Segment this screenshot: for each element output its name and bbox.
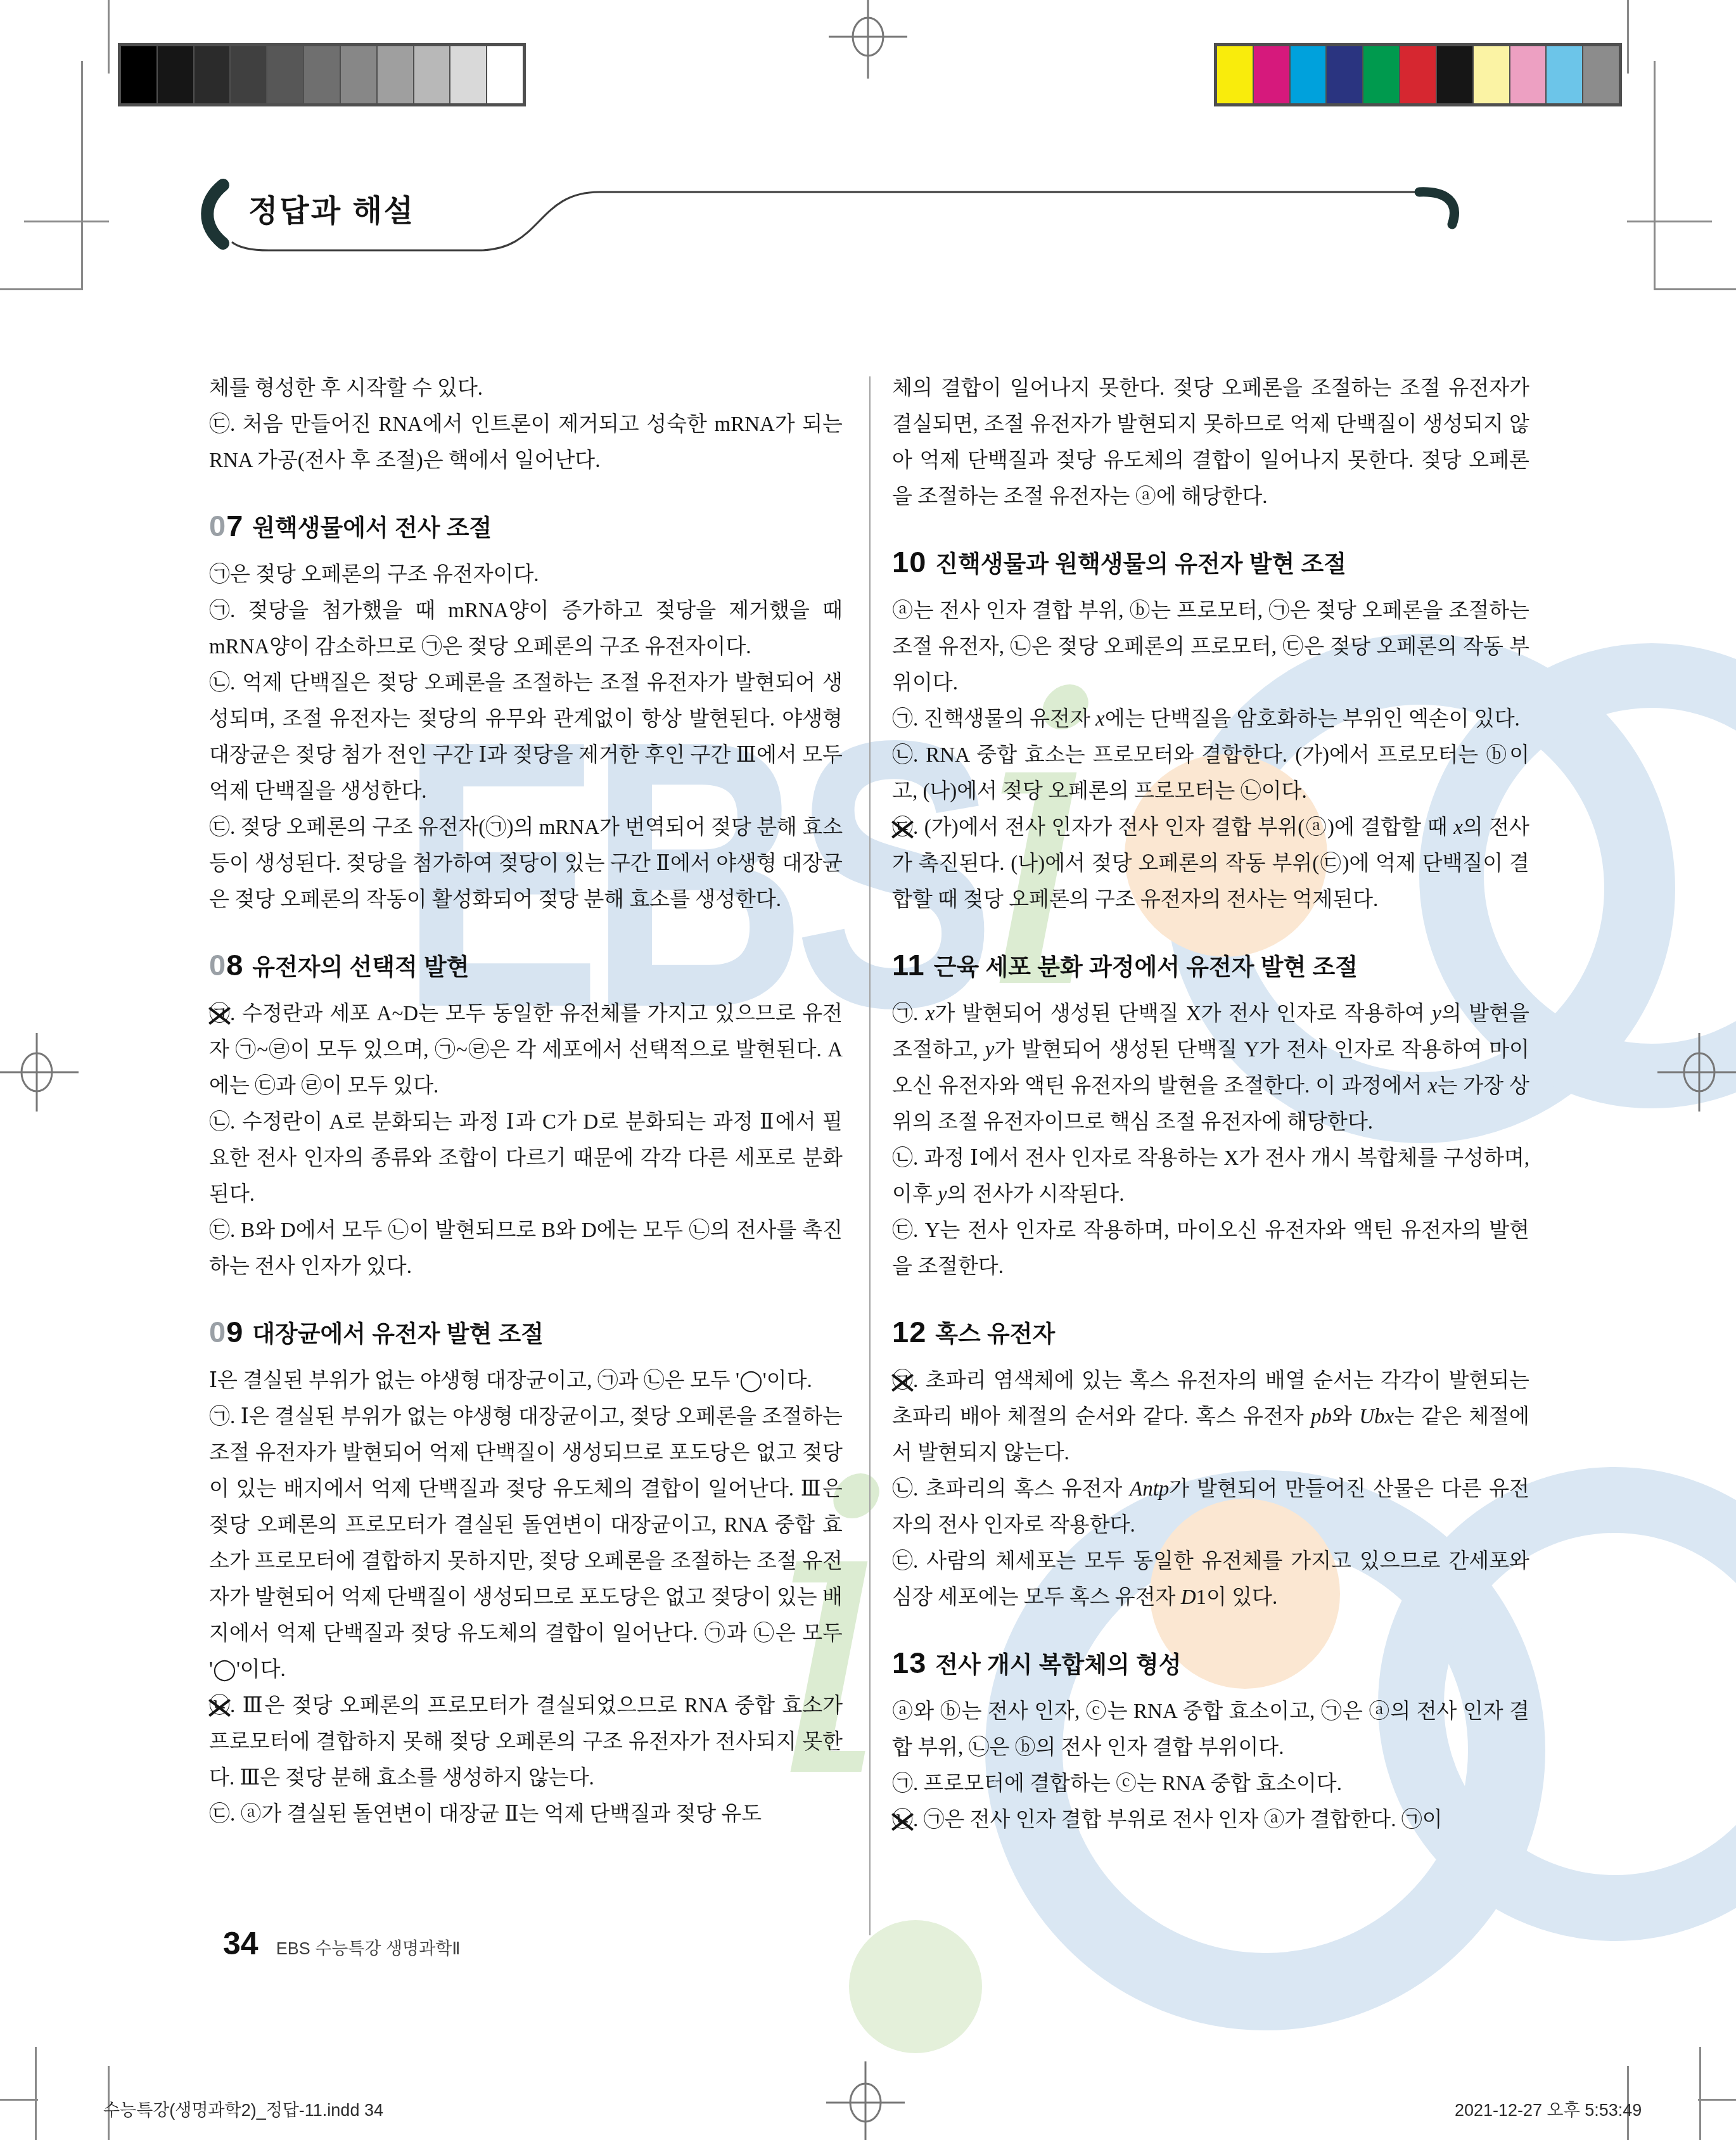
heading-number: 12 bbox=[892, 1315, 926, 1349]
answer-paragraph: ㉢. 사람의 체세포는 모두 동일한 유전체를 가지고 있으므로 간세포와 심장… bbox=[892, 1544, 1529, 1616]
answer-paragraph: ㉢. ⓐ가 결실된 돌연변이 대장균 Ⅱ는 억제 단백질과 젖당 유도 bbox=[209, 1797, 843, 1833]
answer-mark: ㉢ bbox=[892, 1213, 913, 1249]
answer-paragraph: ㉡. 초파리의 혹스 유전자 Antp가 발현되어 만들어진 산물은 다른 유전… bbox=[892, 1471, 1529, 1544]
page-title: 정답과 해설 bbox=[248, 186, 415, 230]
heading-title: 원핵생물에서 전사 조절 bbox=[252, 515, 492, 541]
crop-mark bbox=[1698, 2099, 1736, 2101]
calibration-swatch bbox=[378, 46, 413, 103]
watermark-dot-green bbox=[849, 1920, 982, 2053]
calibration-swatch bbox=[304, 46, 340, 103]
answer-paragraph: 체의 결합이 일어나지 못한다. 젖당 오페론을 조절하는 조절 유전자가 결실… bbox=[892, 371, 1529, 515]
paragraph-text: x가 발현되어 생성된 단백질 X가 전사 인자로 작용하여 y의 발현을 조절… bbox=[892, 1003, 1529, 1134]
answer-mark: ㉠ bbox=[892, 996, 913, 1032]
paragraph-text: 체를 형성한 후 시작할 수 있다. bbox=[209, 377, 483, 400]
paragraph-text: 체의 결합이 일어나지 못한다. 젖당 오페론을 조절하는 조절 유전자가 결실… bbox=[892, 377, 1529, 508]
answer-mark: ㉢ bbox=[209, 810, 230, 846]
answer-paragraph: ⓐ와 ⓑ는 전사 인자, ⓒ는 RNA 중합 효소이고, ㉠은 ⓐ의 전사 인자… bbox=[892, 1694, 1529, 1766]
answer-paragraph: ㉠. 진핵생물의 유전자 x에는 단백질을 암호화하는 부위인 엑손이 있다. bbox=[892, 702, 1529, 738]
answer-paragraph: ㉢. (가)에서 전사 인자가 전사 인자 결합 부위(ⓐ)에 결합할 때 x의… bbox=[892, 810, 1529, 918]
heading-number-prefix: 0 bbox=[209, 509, 226, 542]
answer-mark: ㉠ bbox=[209, 593, 230, 629]
paragraph-text: 초파리 염색체에 있는 혹스 유전자의 배열 순서는 각각이 발현되는 초파리 … bbox=[892, 1369, 1529, 1464]
paragraph-text: ⓐ는 전사 인자 결합 부위, ⓑ는 프로모터, ㉠은 젖당 오페론을 조절하는… bbox=[892, 599, 1529, 695]
paragraph-text: (가)에서 전사 인자가 전사 인자 결합 부위(ⓐ)에 결합할 때 x의 전사… bbox=[892, 816, 1529, 911]
paragraph-text: Ⅰ은 결실된 부위가 없는 야생형 대장균이고, 젖당 오페론을 조절하는 조절… bbox=[209, 1406, 843, 1681]
answer-paragraph: ㉢. 젖당 오페론의 구조 유전자(㉠)의 mRNA가 번역되어 젖당 분해 효… bbox=[209, 810, 843, 918]
column-divider bbox=[869, 376, 871, 1935]
paragraph-text: 수정란이 A로 분화되는 과정 Ⅰ과 C가 D로 분화되는 과정 Ⅱ에서 필요한… bbox=[209, 1111, 843, 1206]
answer-paragraph: ㉠. 프로모터에 결합하는 ⓒ는 RNA 중합 효소이다. bbox=[892, 1766, 1529, 1802]
paragraph-text: B와 D에서 모두 ㉡이 발현되므로 B와 D에는 모두 ㉡의 전사를 촉진하는… bbox=[209, 1219, 843, 1278]
calibration-swatch bbox=[450, 46, 486, 103]
print-footer-datetime: 2021-12-27 오후 5:53:49 bbox=[1455, 2096, 1642, 2121]
paragraph-text: 처음 만들어진 RNA에서 인트론이 제거되고 성숙한 mRNA가 되는 RNA… bbox=[209, 413, 843, 472]
paragraph-text: ㉠은 젖당 오페론의 구조 유전자이다. bbox=[209, 563, 539, 586]
calibration-swatch bbox=[231, 46, 266, 103]
answer-mark: ㉢ bbox=[209, 1797, 230, 1833]
calibration-swatch bbox=[158, 46, 193, 103]
print-footer-file: 수능특강(생명과학2)_정답-11.indd 34 bbox=[103, 2096, 383, 2121]
heading-title: 유전자의 선택적 발현 bbox=[252, 954, 469, 980]
paragraph-text: 진핵생물의 유전자 x에는 단백질을 암호화하는 부위인 엑손이 있다. bbox=[924, 708, 1520, 731]
heading-number: 11 bbox=[892, 948, 925, 982]
heading-title: 진핵생물과 원핵생물의 유전자 발현 조절 bbox=[935, 551, 1346, 577]
color-calibration-bar bbox=[1214, 43, 1622, 106]
paragraph-text: 사람의 체세포는 모두 동일한 유전체를 가지고 있으므로 간세포와 심장 세포… bbox=[892, 1550, 1529, 1609]
registration-mark bbox=[829, 0, 907, 79]
answer-paragraph: ㉢. Y는 전사 인자로 작용하며, 마이오신 유전자와 액틴 유전자의 발현을… bbox=[892, 1213, 1529, 1285]
paragraph-text: Y는 전사 인자로 작용하며, 마이오신 유전자와 액틴 유전자의 발현을 조절… bbox=[892, 1219, 1529, 1278]
calibration-swatch bbox=[267, 46, 303, 103]
answer-mark: ㉡ bbox=[209, 1105, 230, 1141]
heading-number-prefix: 0 bbox=[209, 1315, 226, 1349]
calibration-swatch bbox=[414, 46, 450, 103]
calibration-swatch bbox=[1327, 46, 1362, 103]
calibration-swatch bbox=[1217, 46, 1253, 103]
section-heading: 07원핵생물에서 전사 조절 bbox=[209, 508, 843, 547]
wrong-answer-mark: ㉡ bbox=[892, 1802, 913, 1838]
paragraph-text: RNA 중합 효소는 프로모터와 결합한다. (가)에서 프로모터는 ⓑ이고, … bbox=[892, 744, 1529, 803]
answer-mark: ㉢ bbox=[892, 1544, 913, 1580]
wrong-answer-mark: ㉢ bbox=[892, 810, 913, 846]
paragraph-text: Ⅰ은 결실된 부위가 없는 야생형 대장균이고, ㉠과 ㉡은 모두 '◯'이다. bbox=[209, 1369, 812, 1392]
registration-mark bbox=[1657, 1033, 1736, 1112]
calibration-swatch bbox=[1474, 46, 1509, 103]
calibration-swatch bbox=[487, 46, 523, 103]
registration-mark bbox=[0, 1033, 79, 1112]
paragraph-text: 억제 단백질은 젖당 오페론을 조절하는 조절 유전자가 발현되어 생성되며, … bbox=[209, 672, 843, 803]
answer-paragraph: ㉡. 억제 단백질은 젖당 오페론을 조절하는 조절 유전자가 발현되어 생성되… bbox=[209, 665, 843, 810]
heading-number: 9 bbox=[226, 1315, 243, 1349]
answer-paragraph: 체를 형성한 후 시작할 수 있다. bbox=[209, 371, 843, 407]
book-title: EBS 수능특강 생명과학Ⅱ bbox=[276, 1939, 461, 1958]
answer-mark: ㉢ bbox=[209, 407, 230, 443]
calibration-swatch bbox=[1510, 46, 1546, 103]
right-column: 체의 결합이 일어나지 못한다. 젖당 오페론을 조절하는 조절 유전자가 결실… bbox=[892, 371, 1529, 1838]
wrong-answer-mark: ㉡ bbox=[209, 1688, 230, 1724]
wrong-answer-mark: ㉠ bbox=[892, 1363, 913, 1399]
answer-paragraph: ㉡. Ⅲ은 젖당 오페론의 프로모터가 결실되었으므로 RNA 중합 효소가 프… bbox=[209, 1688, 843, 1797]
heading-number: 13 bbox=[892, 1646, 926, 1679]
heading-title: 혹스 유전자 bbox=[935, 1321, 1055, 1347]
crop-mark bbox=[1655, 288, 1736, 290]
registration-mark bbox=[826, 2061, 905, 2140]
paragraph-text: 프로모터에 결합하는 ⓒ는 RNA 중합 효소이다. bbox=[924, 1772, 1342, 1795]
answer-mark: ㉡ bbox=[892, 1141, 913, 1177]
left-column: 체를 형성한 후 시작할 수 있다.㉢. 처음 만들어진 RNA에서 인트론이 … bbox=[209, 371, 843, 1833]
answer-paragraph: ㉠. 젖당을 첨가했을 때 mRNA양이 증가하고 젖당을 제거했을 때 mRN… bbox=[209, 593, 843, 665]
heading-number: 8 bbox=[226, 948, 243, 982]
paragraph-text: ⓐ와 ⓑ는 전사 인자, ⓒ는 RNA 중합 효소이고, ㉠은 ⓐ의 전사 인자… bbox=[892, 1700, 1529, 1759]
section-heading: 08유전자의 선택적 발현 bbox=[209, 947, 843, 986]
calibration-swatch bbox=[341, 46, 376, 103]
page-number: 34 bbox=[223, 1926, 258, 1961]
answer-paragraph: ㉡. RNA 중합 효소는 프로모터와 결합한다. (가)에서 프로모터는 ⓑ이… bbox=[892, 738, 1529, 810]
wrong-answer-mark: ㉠ bbox=[209, 996, 230, 1032]
answer-paragraph: ㉡. 과정 Ⅰ에서 전사 인자로 작용하는 X가 전사 개시 복합체를 구성하며… bbox=[892, 1141, 1529, 1213]
page-footer: 34EBS 수능특강 생명과학Ⅱ bbox=[223, 1925, 461, 1962]
answer-mark: ㉡ bbox=[209, 665, 230, 702]
answer-paragraph: ㉠. x가 발현되어 생성된 단백질 X가 전사 인자로 작용하여 y의 발현을… bbox=[892, 996, 1529, 1141]
answer-mark: ㉢ bbox=[209, 1213, 230, 1249]
section-heading: 11근육 세포 분화 과정에서 유전자 발현 조절 bbox=[892, 947, 1529, 986]
answer-paragraph: ㉡. ㉠은 전사 인자 결합 부위로 전사 인자 ⓐ가 결합한다. ㉠이 bbox=[892, 1802, 1529, 1838]
answer-paragraph: ㉠. 수정란과 세포 A~D는 모두 동일한 유전체를 가지고 있으므로 유전자… bbox=[209, 996, 843, 1105]
calibration-swatch bbox=[121, 46, 156, 103]
calibration-swatch bbox=[1583, 46, 1619, 103]
answer-paragraph: ㉡. 수정란이 A로 분화되는 과정 Ⅰ과 C가 D로 분화되는 과정 Ⅱ에서 … bbox=[209, 1105, 843, 1213]
calibration-swatch bbox=[1363, 46, 1399, 103]
crop-mark bbox=[0, 288, 82, 290]
answer-paragraph: ㉢. B와 D에서 모두 ㉡이 발현되므로 B와 D에는 모두 ㉡의 전사를 촉… bbox=[209, 1213, 843, 1285]
calibration-swatch bbox=[1437, 46, 1472, 103]
heading-number: 7 bbox=[226, 509, 243, 542]
answer-paragraph: ㉠. Ⅰ은 결실된 부위가 없는 야생형 대장균이고, 젖당 오페론을 조절하는… bbox=[209, 1399, 843, 1688]
section-heading: 10진핵생물과 원핵생물의 유전자 발현 조절 bbox=[892, 544, 1529, 583]
answer-mark: ㉡ bbox=[892, 1471, 913, 1508]
answer-mark: ㉠ bbox=[209, 1399, 230, 1435]
calibration-swatch bbox=[1291, 46, 1326, 103]
answer-paragraph: ⓐ는 전사 인자 결합 부위, ⓑ는 프로모터, ㉠은 젖당 오페론을 조절하는… bbox=[892, 593, 1529, 702]
paragraph-text: 초파리의 혹스 유전자 Antp가 발현되어 만들어진 산물은 다른 유전자의 … bbox=[892, 1478, 1529, 1537]
answer-paragraph: ㉠. 초파리 염색체에 있는 혹스 유전자의 배열 순서는 각각이 발현되는 초… bbox=[892, 1363, 1529, 1471]
section-heading: 12혹스 유전자 bbox=[892, 1314, 1529, 1353]
section-heading: 09대장균에서 유전자 발현 조절 bbox=[209, 1314, 843, 1353]
section-heading: 13전사 개시 복합체의 형성 bbox=[892, 1645, 1529, 1684]
crop-mark bbox=[1699, 2047, 1701, 2140]
paragraph-text: ⓐ가 결실된 돌연변이 대장균 Ⅱ는 억제 단백질과 젖당 유도 bbox=[241, 1803, 762, 1826]
answer-paragraph: ㉠은 젖당 오페론의 구조 유전자이다. bbox=[209, 557, 843, 593]
paragraph-text: 과정 Ⅰ에서 전사 인자로 작용하는 X가 전사 개시 복합체를 구성하며, 이… bbox=[892, 1147, 1529, 1206]
calibration-swatch bbox=[1400, 46, 1436, 103]
answer-mark: ㉠ bbox=[892, 702, 913, 738]
heading-number-prefix: 0 bbox=[209, 948, 226, 982]
answer-mark: ㉡ bbox=[892, 738, 913, 774]
calibration-swatch bbox=[1254, 46, 1289, 103]
heading-title: 대장균에서 유전자 발현 조절 bbox=[252, 1321, 544, 1347]
paragraph-text: ㉠은 전사 인자 결합 부위로 전사 인자 ⓐ가 결합한다. ㉠이 bbox=[924, 1809, 1443, 1831]
crop-mark bbox=[0, 2099, 38, 2101]
heading-number: 10 bbox=[892, 545, 926, 579]
heading-title: 근육 세포 분화 과정에서 유전자 발현 조절 bbox=[934, 954, 1358, 980]
answer-mark: ㉠ bbox=[892, 1766, 913, 1802]
answer-paragraph: Ⅰ은 결실된 부위가 없는 야생형 대장균이고, ㉠과 ㉡은 모두 '◯'이다. bbox=[209, 1363, 843, 1399]
paragraph-text: 수정란과 세포 A~D는 모두 동일한 유전체를 가지고 있으므로 유전자 ㉠~… bbox=[209, 1003, 843, 1098]
answer-paragraph: ㉢. 처음 만들어진 RNA에서 인트론이 제거되고 성숙한 mRNA가 되는 … bbox=[209, 407, 843, 479]
paragraph-text: 젖당 오페론의 구조 유전자(㉠)의 mRNA가 번역되어 젖당 분해 효소 등… bbox=[209, 816, 843, 911]
grayscale-calibration-bar bbox=[118, 43, 526, 106]
page: { "header": { "title": "정답과 해설" }, "wate… bbox=[0, 0, 1736, 2140]
heading-title: 전사 개시 복합체의 형성 bbox=[935, 1652, 1181, 1678]
paragraph-text: Ⅲ은 젖당 오페론의 프로모터가 결실되었으므로 RNA 중합 효소가 프로모터… bbox=[209, 1695, 843, 1790]
paragraph-text: 젖당을 첨가했을 때 mRNA양이 증가하고 젖당을 제거했을 때 mRNA양이… bbox=[209, 599, 843, 658]
calibration-swatch bbox=[1547, 46, 1582, 103]
calibration-swatch bbox=[195, 46, 230, 103]
crop-mark bbox=[35, 2047, 37, 2140]
